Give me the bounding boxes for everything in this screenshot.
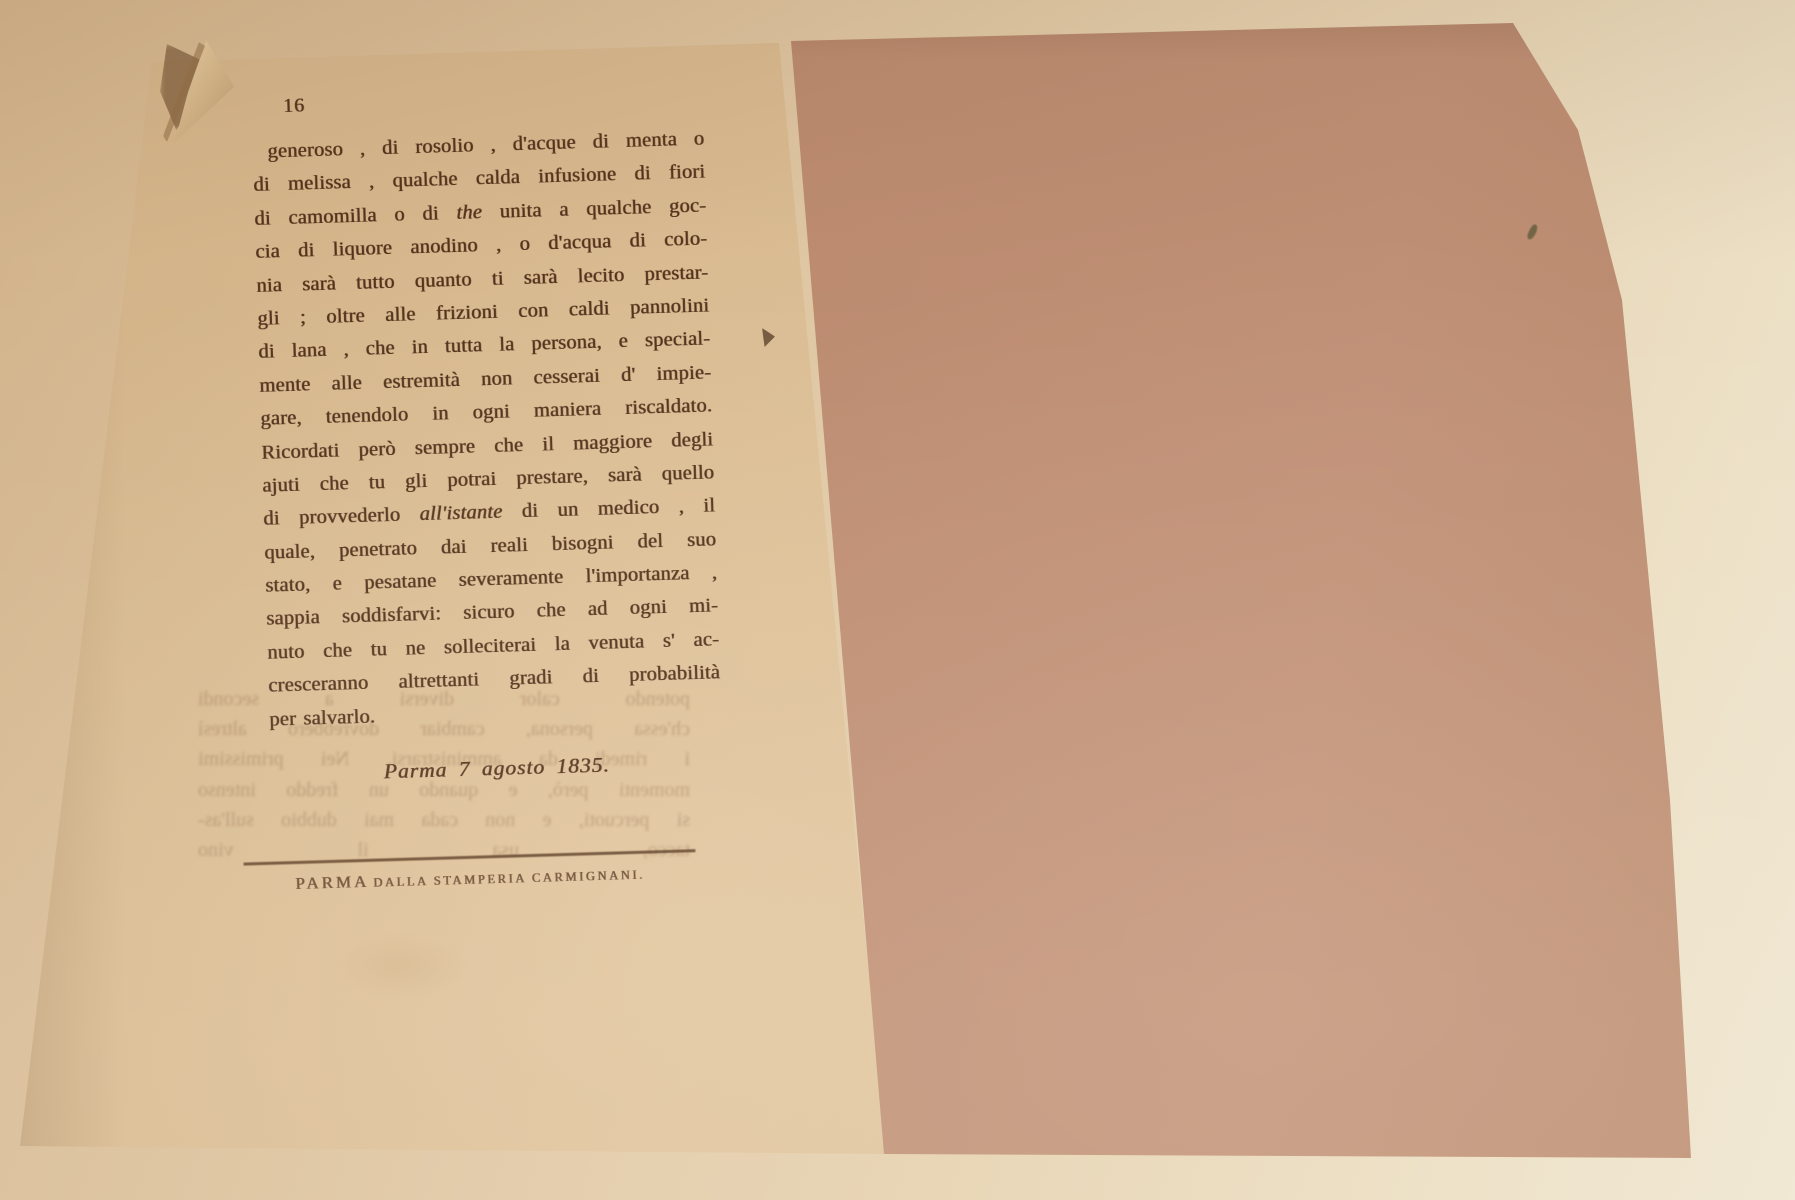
printer-imprint: PARMA DALLA STAMPERIA CARMIGNANI.	[244, 862, 696, 895]
printed-text-block: 16 generoso , di rosolio , d'acque di me…	[252, 123, 726, 895]
dateline: Parma 7 agosto 1835.	[271, 749, 724, 787]
paper-stain	[330, 930, 470, 1000]
body-text: generoso , di rosolio , d'acque di menta…	[252, 123, 722, 737]
page-number: 16	[283, 94, 306, 118]
imprint-city: PARMA	[295, 871, 369, 892]
colophon: PARMA DALLA STAMPERIA CARMIGNANI.	[244, 849, 697, 895]
photo-of-open-book: potendo calor diversi a secondich'essa p…	[0, 0, 1795, 1200]
imprint-press: DALLA STAMPERIA CARMIGNANI.	[373, 867, 645, 889]
